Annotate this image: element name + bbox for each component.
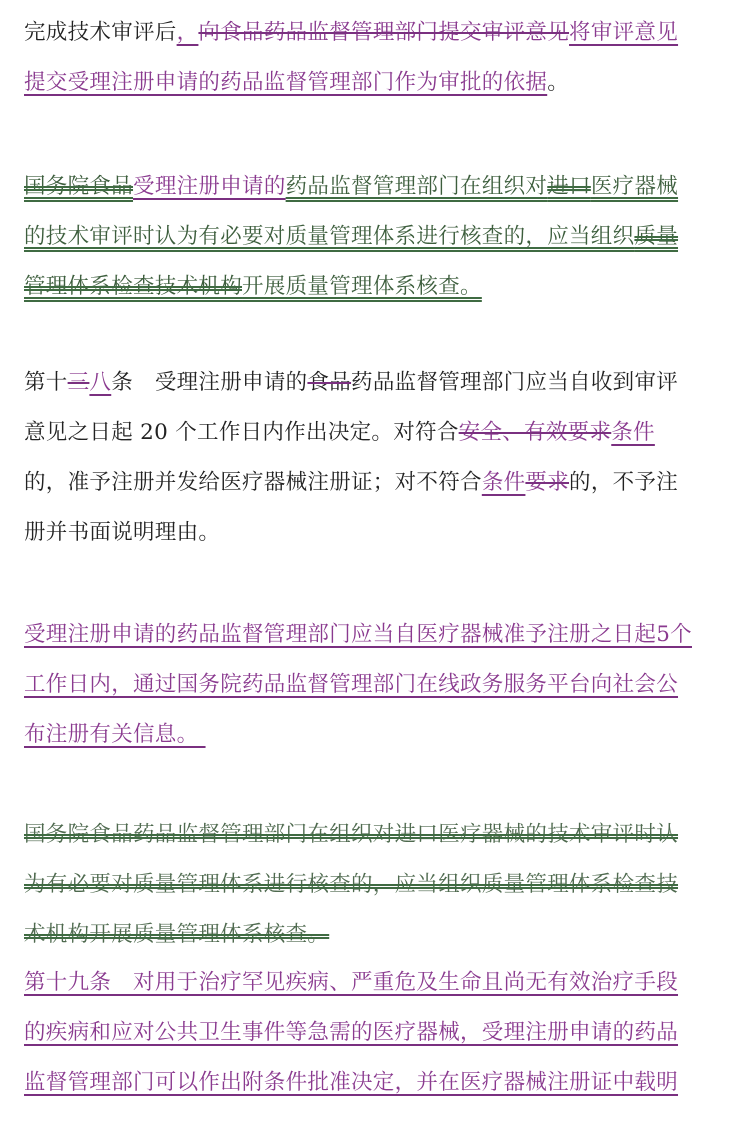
- deleted-text: 安全、有效要求: [459, 420, 612, 445]
- text-segment: 条 受理注册申请的: [111, 370, 307, 395]
- deleted-text: 国务院食品药品监督管理部门在组织对进口医疗器械的技术审评时认为有必要对质量管理体…: [24, 822, 678, 947]
- deleted-text: 国务院食品: [24, 174, 133, 199]
- deleted-text: 进口: [547, 174, 591, 199]
- paragraph-quality-check: 国务院食品受理注册申请的药品监督管理部门在组织对进口医疗器械的技术审评时认为有必…: [24, 162, 694, 312]
- deleted-text: 要求: [525, 470, 569, 495]
- inserted-text: ，: [177, 20, 199, 45]
- inserted-text: 受理注册申请的药品监督管理部门应当自医疗器械准予注册之日起5个工作日内，通过国务…: [24, 622, 692, 747]
- inserted-text: 第十九条 对用于治疗罕见疾病、严重危及生命且尚无有效治疗手段的疾病和应对公共卫生…: [24, 970, 678, 1095]
- deleted-text: 食品: [307, 370, 351, 395]
- inserted-text: 八: [89, 370, 111, 395]
- paragraph-review-opinion: 完成技术审评后，向食品药品监督管理部门提交审评意见将审评意见提交受理注册申请的药…: [24, 8, 694, 108]
- inserted-text: 受理注册申请的: [133, 174, 286, 199]
- paragraph-article-18: 第十三八条 受理注册申请的食品药品监督管理部门应当自收到审评意见之日起 20 个…: [24, 358, 694, 558]
- paragraph-publish-info: 受理注册申请的药品监督管理部门应当自医疗器械准予注册之日起5个工作日内，通过国务…: [24, 610, 694, 760]
- deleted-text: 三: [68, 370, 90, 395]
- inserted-text: 条件: [611, 420, 655, 445]
- moved-text: 药品监督管理部门在组织对: [286, 174, 548, 199]
- moved-text: 开展质量管理体系核查。: [242, 274, 482, 299]
- text-segment: 第十: [24, 370, 68, 395]
- text-segment: 的，准予注册并发给医疗器械注册证；对不符合: [24, 470, 482, 495]
- paragraph-article-19: 第十九条 对用于治疗罕见疾病、严重危及生命且尚无有效治疗手段的疾病和应对公共卫生…: [24, 958, 694, 1108]
- text-segment: 完成技术审评后: [24, 20, 177, 45]
- deleted-text: 向食品药品监督管理部门提交审评意见: [198, 20, 569, 45]
- inserted-text: 条件: [482, 470, 526, 495]
- text-segment: 。: [547, 70, 569, 95]
- paragraph-deleted-import-check: 国务院食品药品监督管理部门在组织对进口医疗器械的技术审评时认为有必要对质量管理体…: [24, 810, 694, 960]
